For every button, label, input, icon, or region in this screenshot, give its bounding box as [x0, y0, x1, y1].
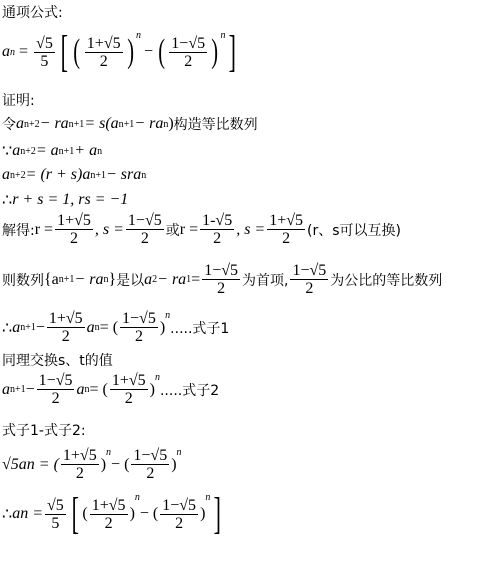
text: 则数列: [2, 270, 44, 290]
proof-line-swap: 同理交换s、t的值: [2, 350, 113, 370]
fraction: 1+√52: [90, 497, 128, 532]
math-text: −: [26, 381, 35, 399]
math-text: − ra: [74, 271, 103, 289]
math-sub: n+1: [69, 119, 85, 130]
math-text: =: [191, 271, 200, 289]
denominator: 2: [217, 280, 225, 297]
math-text: = s(a: [84, 115, 118, 133]
math-text: r =: [35, 221, 53, 239]
fraction: 1+√52: [61, 447, 99, 482]
right-bracket: ]: [214, 492, 221, 536]
numerator: 1+√5: [55, 212, 93, 230]
numerator: 1−√5: [202, 262, 240, 280]
math-text: − sra: [106, 166, 141, 184]
right-bracket: ]: [229, 30, 236, 74]
math-sub: n+2: [10, 170, 26, 181]
equation-label: .....式子1: [170, 318, 229, 338]
heading-text: 证明:: [2, 90, 35, 110]
formula-general-term: an = √55 [ ( 1+√52 )n − ( 1−√52 )n ]: [2, 30, 240, 74]
math-text: a: [2, 166, 10, 184]
fraction: 1−√52: [131, 447, 169, 482]
math-sub: n+1: [10, 384, 26, 395]
proof-line-3: an+2 = (r + s)an+1 − sran: [2, 166, 146, 184]
math-text: a: [2, 381, 10, 399]
proof-line-solve: 解得: r = 1+√52 , s = 1−√52 或 r = 1-√52 , …: [2, 212, 401, 247]
fraction: 1−√52: [169, 35, 207, 70]
math-sub: n: [141, 170, 146, 181]
denominator: 5: [40, 53, 48, 70]
proof-line-difference: √5an = ( 1+√52 )n − ( 1−√52 )n: [2, 447, 182, 482]
text: (r、s可以互换): [307, 220, 401, 240]
numerator: 1-√5: [200, 212, 234, 230]
numerator: 1−√5: [160, 497, 198, 515]
math-text: + a: [74, 142, 97, 160]
math-text: a: [16, 115, 24, 133]
right-paren: ): [211, 35, 218, 69]
fraction: 1−√52: [120, 310, 158, 345]
proof-line-2: ∵ an+2 = an+1 + an: [2, 141, 102, 161]
math-text: −: [144, 43, 153, 61]
denominator: 2: [52, 390, 60, 407]
math-text: ): [130, 505, 135, 523]
math-text: ): [160, 319, 165, 337]
math-text: a: [2, 43, 10, 61]
math-sub: n+1: [59, 274, 75, 285]
fraction: 1−√52: [126, 212, 164, 247]
math-sub: n+2: [20, 146, 36, 157]
denominator: 2: [125, 390, 133, 407]
numerator: 1−√5: [169, 35, 207, 53]
proof-line-1: 令 an+2 − ran+1 = s(an+1 − ran ) 构造等比数列: [2, 114, 258, 134]
denominator: 2: [305, 280, 313, 297]
fraction: √55: [45, 497, 66, 532]
left-paren: (: [74, 35, 81, 69]
proof-line-conclusion: ∴ an = √55 [ ( 1+√52 )n − ( 1−√52 )n ]: [2, 492, 225, 536]
math-sup: n: [205, 492, 210, 503]
heading-proof: 证明:: [2, 90, 35, 110]
text: 式子1-式子2:: [2, 420, 86, 440]
numerator: 1−√5: [37, 372, 75, 390]
fraction: √55: [34, 35, 55, 70]
numerator: 1+√5: [110, 372, 148, 390]
denominator: 2: [282, 230, 290, 247]
math-text: r =: [180, 221, 198, 239]
math-text: , s =: [236, 221, 265, 239]
math-sup: n: [136, 30, 141, 41]
math-text: a: [76, 381, 84, 399]
because-symbol: ∵: [2, 141, 12, 161]
left-paren: (: [158, 35, 165, 69]
text: 为公比的等比数列: [330, 270, 442, 290]
denominator: 2: [146, 465, 154, 482]
numerator: 1−√5: [126, 212, 164, 230]
math-text: {a: [44, 271, 59, 289]
proof-line-formula-1: ∴ an+1 − 1+√52 an = ( 1−√52 )n .....式子1: [2, 310, 229, 345]
proof-line-sequence: 则数列 {an+1 − ran } 是以 a2 − ra1 = 1−√52 为首…: [2, 262, 442, 297]
math-sub: n: [97, 146, 102, 157]
proof-line-subtract: 式子1-式子2:: [2, 420, 86, 440]
numerator: 1+√5: [61, 447, 99, 465]
denominator: 2: [175, 515, 183, 532]
text: 构造等比数列: [174, 114, 258, 134]
fraction: 1+√52: [110, 372, 148, 407]
left-bracket: [: [60, 30, 67, 74]
numerator: 1+√5: [267, 212, 305, 230]
math-text: ): [150, 381, 155, 399]
fraction: 1-√52: [200, 212, 234, 247]
math-text: − ra: [157, 271, 186, 289]
math-text: = a: [36, 142, 59, 160]
numerator: 1+√5: [90, 497, 128, 515]
denominator: 2: [62, 328, 70, 345]
numerator: 1+√5: [47, 310, 85, 328]
numerator: 1−√5: [290, 262, 328, 280]
denominator: 2: [100, 53, 108, 70]
denominator: 2: [105, 515, 113, 532]
fraction: 1−√52: [37, 372, 75, 407]
proof-line-formula-2: an+1 − 1−√52 an = ( 1+√52 )n .....式子2: [2, 372, 219, 407]
fraction: 1+√52: [47, 310, 85, 345]
math-text: , s =: [95, 221, 124, 239]
numerator: √5: [34, 35, 55, 53]
math-text: ): [171, 456, 176, 474]
fraction: 1+√52: [267, 212, 305, 247]
math-text: a: [12, 319, 20, 337]
math-text: = (: [89, 381, 107, 399]
math-sub: n+1: [59, 146, 75, 157]
equation-label: .....式子2: [160, 380, 219, 400]
math-sup: n: [220, 30, 225, 41]
math-sub: n+2: [24, 119, 40, 130]
math-text: √5an = (: [2, 456, 59, 474]
numerator: 1−√5: [131, 447, 169, 465]
text: 或: [166, 220, 180, 240]
proof-line-4: ∴ r + s = 1, rs = −1: [2, 190, 128, 210]
math-text: a: [144, 271, 152, 289]
denominator: 2: [184, 53, 192, 70]
text: 为首项,: [242, 270, 288, 290]
denominator: 2: [76, 465, 84, 482]
heading-general-term: 通项公式:: [2, 2, 63, 22]
math-text: − (: [140, 505, 158, 523]
math-text: − ra: [134, 115, 163, 133]
numerator: √5: [45, 497, 66, 515]
math-text: −: [36, 319, 45, 337]
math-sup: n: [177, 447, 182, 458]
heading-text: 通项公式:: [2, 2, 63, 22]
math-sub: n+1: [20, 322, 36, 333]
text: 解得:: [2, 220, 35, 240]
math-text: an =: [12, 505, 43, 523]
fraction: 1+√52: [55, 212, 93, 247]
math-text: = (r + s)a: [26, 166, 91, 184]
fraction: 1−√52: [202, 262, 240, 297]
math-sup: n: [135, 492, 140, 503]
math-text: − (: [111, 456, 129, 474]
therefore-symbol: ∴: [2, 190, 12, 210]
therefore-symbol: ∴: [2, 504, 12, 524]
fraction: 1−√52: [160, 497, 198, 532]
numerator: 1−√5: [120, 310, 158, 328]
text: 令: [2, 114, 16, 134]
right-paren: ): [127, 35, 134, 69]
math-text: (: [82, 505, 87, 523]
text: 同理交换s、t的值: [2, 350, 113, 370]
math-sub: n: [10, 47, 15, 58]
math-text: a: [12, 142, 20, 160]
math-text: a: [87, 319, 95, 337]
denominator: 2: [135, 328, 143, 345]
math-text: }: [108, 271, 116, 289]
math-text: − ra: [40, 115, 69, 133]
math-text: =: [19, 43, 28, 61]
left-bracket: [: [71, 492, 78, 536]
fraction: 1−√52: [290, 262, 328, 297]
math-text: r + s = 1, rs = −1: [12, 191, 128, 209]
numerator: 1+√5: [85, 35, 123, 53]
denominator: 2: [213, 230, 221, 247]
denominator: 2: [141, 230, 149, 247]
text: 是以: [116, 270, 144, 290]
denominator: 2: [70, 230, 78, 247]
math-text: ): [200, 505, 205, 523]
math-text: = (: [100, 319, 118, 337]
math-sub: n+1: [90, 170, 106, 181]
denominator: 5: [51, 515, 59, 532]
math-text: ): [101, 456, 106, 474]
math-sub: n+1: [119, 119, 135, 130]
therefore-symbol: ∴: [2, 318, 12, 338]
fraction: 1+√52: [85, 35, 123, 70]
